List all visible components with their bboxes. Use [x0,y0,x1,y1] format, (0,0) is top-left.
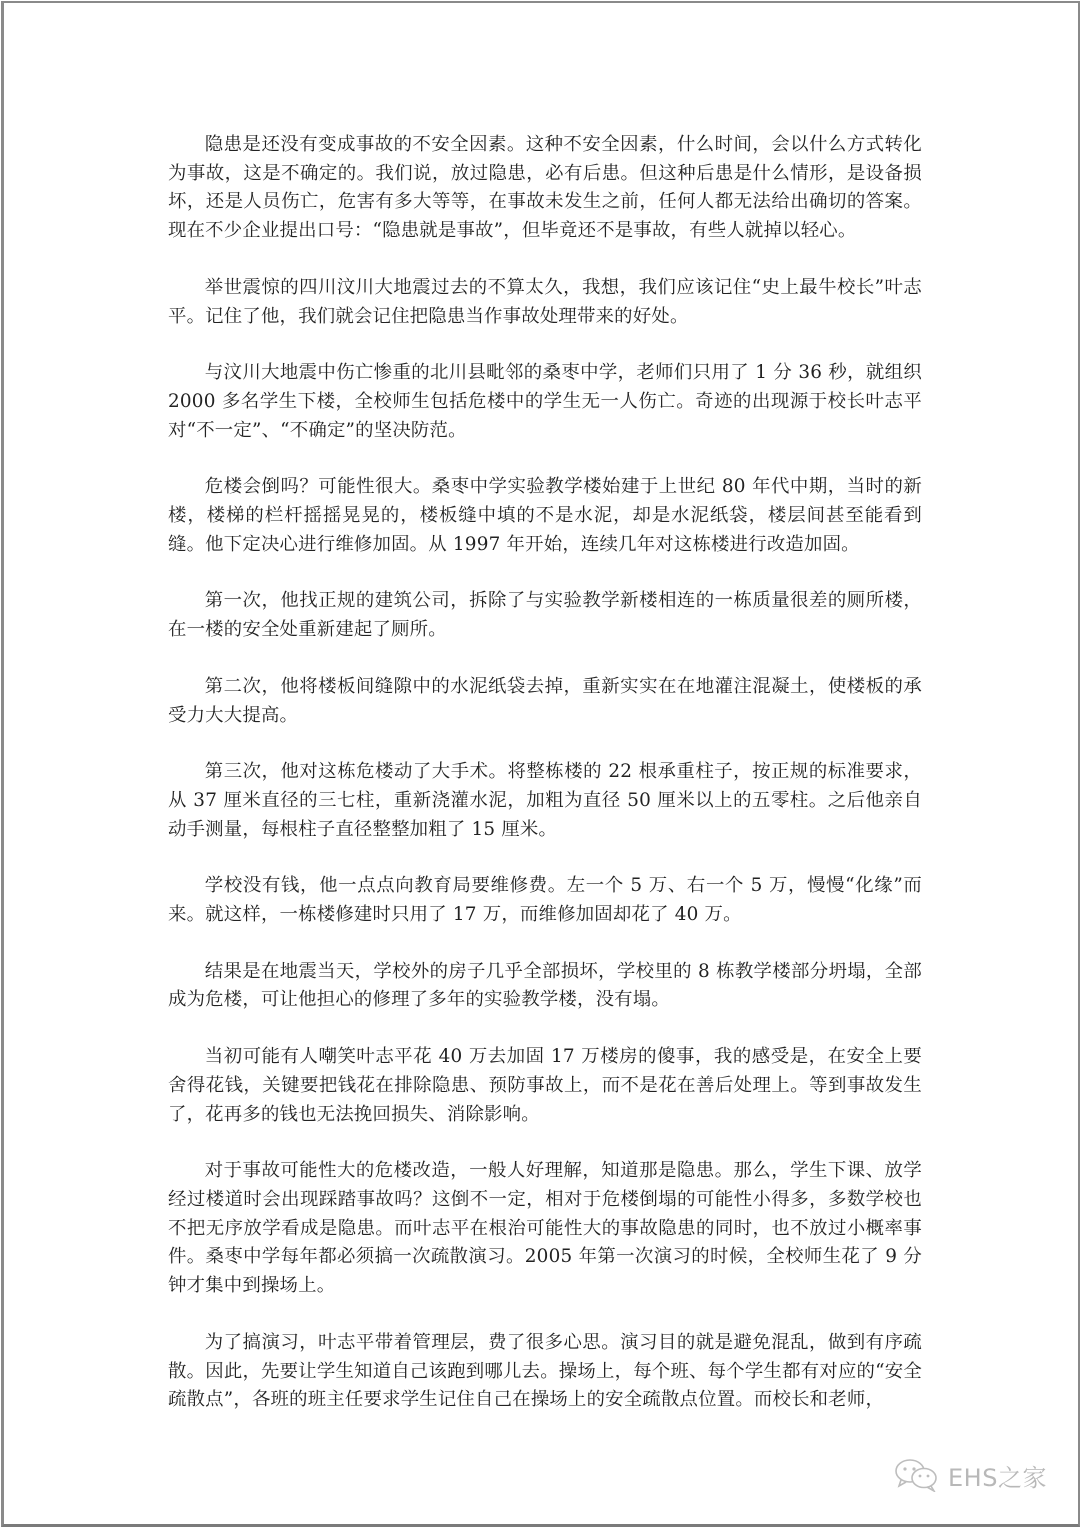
paragraph: 隐患是还没有变成事故的不安全因素。这种不安全因素，什么时间，会以什么方式转化为事… [168,131,922,246]
article-body: 隐患是还没有变成事故的不安全因素。这种不安全因素，什么时间，会以什么方式转化为事… [168,131,922,1443]
paragraph: 为了搞演习，叶志平带着管理层，费了很多心思。演习目的就是避免混乱，做到有序疏散。… [168,1329,922,1415]
paragraph: 第一次，他找正规的建筑公司，拆除了与实验教学新楼相连的一栋质量很差的厕所楼，在一… [168,587,922,644]
paragraph: 第二次，他将楼板间缝隙中的水泥纸袋去掉，重新实实在在地灌注混凝土，使楼板的承受力… [168,673,922,730]
paragraph: 第三次，他对这栋危楼动了大手术。将整栋楼的 22 根承重柱子，按正规的标准要求，… [168,758,922,844]
paragraph: 举世震惊的四川汶川大地震过去的不算太久，我想，我们应该记住“史上最牛校长”叶志平… [168,274,922,331]
paragraph: 当初可能有人嘲笑叶志平花 40 万去加固 17 万楼房的傻事，我的感受是，在安全… [168,1043,922,1129]
paragraph: 与汶川大地震中伤亡惨重的北川县毗邻的桑枣中学，老师们只用了 1 分 36 秒，就… [168,359,922,445]
paragraph: 结果是在地震当天，学校外的房子几乎全部损坏，学校里的 8 栋教学楼部分坍塌，全部… [168,958,922,1015]
watermark-text: EHS之家 [948,1458,1047,1493]
watermark: EHS之家 [892,1455,1047,1495]
wechat-icon [892,1458,942,1492]
paragraph: 危楼会倒吗？可能性很大。桑枣中学实验教学楼始建于上世纪 80 年代中期，当时的新… [168,473,922,559]
document-page: 隐患是还没有变成事故的不安全因素。这种不安全因素，什么时间，会以什么方式转化为事… [1,1,1080,1527]
paragraph: 学校没有钱，他一点点向教育局要维修费。左一个 5 万、右一个 5 万，慢慢“化缘… [168,872,922,929]
paragraph: 对于事故可能性大的危楼改造，一般人好理解，知道那是隐患。那么，学生下课、放学经过… [168,1157,922,1301]
